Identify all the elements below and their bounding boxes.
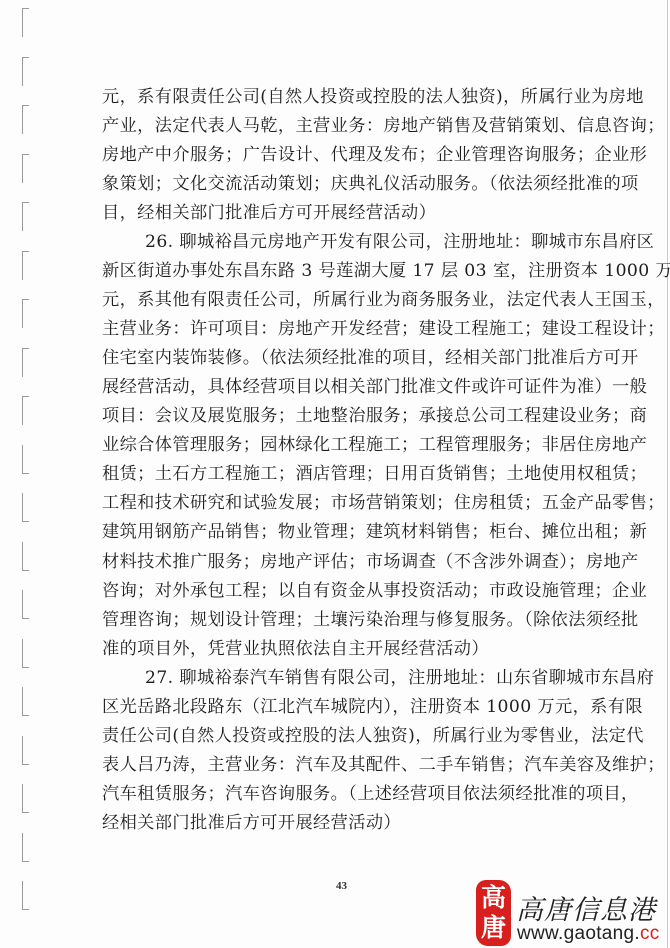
text-line: 租赁；土石方工程施工；酒店管理；日用百货销售；土地使用权租赁； [102, 460, 580, 489]
binding-mark [22, 639, 29, 668]
page-number: 43 [336, 880, 347, 892]
text-line: 材料技术推广服务；房地产评估；市场调查（不含涉外调查）；房地产 [102, 548, 580, 577]
paragraph-item-27: 27. 聊城裕泰汽车销售有限公司，注册地址：山东省聊城市东昌府 区光岳路北段路东… [102, 664, 580, 838]
binding-mark [22, 493, 29, 522]
seal-icon: 高 唐 [476, 880, 511, 946]
binding-mark [22, 396, 29, 425]
binding-mark [22, 154, 29, 183]
text-line: 区光岳路北段路东（江北汽车城院内），注册资本 1000 万元，系有限 [102, 693, 580, 722]
text-line: 业综合体管理服务；园林绿化工程施工；工程管理服务；非居住房地产 [102, 431, 580, 460]
text-line: 元，系其他有限责任公司，所属行业为商务服务业，法定代表人王国玉， [102, 286, 580, 315]
text-line: 工程和技术研究和试验发展；市场营销策划；住房租赁；五金产品零售； [102, 489, 580, 518]
text-line: 26. 聊城裕昌元房地产开发有限公司，注册地址：聊城市东昌府区 [102, 228, 580, 257]
text-line: 准的项目外，凭营业执照依法自主开展经营活动） [102, 635, 580, 664]
text-line: 项目：会议及展览服务；土地整治服务；承接总公司工程建设业务；商 [102, 402, 580, 431]
text-line: 责任公司(自然人投资或控股的法人独资)，所属行业为零售业，法定代 [102, 722, 580, 751]
text-line: 表人吕乃涛，主营业务：汽车及其配件、二手车销售；汽车美容及维护； [102, 751, 580, 780]
binding-mark [22, 202, 29, 231]
text-line: 目，经相关部门批准后方可开展经营活动） [102, 199, 580, 228]
binding-mark [22, 251, 29, 280]
text-line: 元，系有限责任公司(自然人投资或控股的法人独资)，所属行业为房地 [102, 83, 580, 112]
text-line: 产业，法定代表人马乾，主营业务：房地产销售及营销策划、信息咨询； [102, 112, 580, 141]
binding-mark [22, 105, 29, 134]
watermark-logo: 高 唐 高唐信息港 www.gaotang.cc [476, 878, 670, 948]
binding-mark [22, 57, 29, 86]
text-line: 管理咨询；规划设计管理；土壤污染治理与修复服务。（除依法须经批 [102, 606, 580, 635]
binding-mark [22, 590, 29, 619]
seal-char: 高 [481, 883, 506, 913]
binding-mark [22, 542, 29, 571]
binding-mark [22, 687, 29, 716]
text-line: 经相关部门批准后方可开展经营活动） [102, 809, 580, 838]
text-line: 新区街道办事处东昌东路 3 号莲湖大厦 17 层 03 室，注册资本 1000 … [102, 257, 580, 286]
paragraph-item-26: 26. 聊城裕昌元房地产开发有限公司，注册地址：聊城市东昌府区 新区街道办事处东… [102, 228, 580, 663]
page-edge-line [667, 0, 668, 948]
binding-mark [22, 348, 29, 377]
watermark-url-tld: cc [640, 923, 660, 944]
text-line: 建筑用钢筋产品销售；物业管理；建筑材料销售；柜台、摊位出租；新 [102, 518, 580, 547]
binding-mark [22, 736, 29, 765]
text-line: 房地产中介服务；广告设计、代理及发布；企业管理咨询服务；企业形 [102, 141, 580, 170]
text-line: 展经营活动，具体经营项目以相关部门批准文件或许可证件为准）一般 [102, 373, 580, 402]
text-line: 住宅室内装饰装修。（依法须经批准的项目，经相关部门批准后方可开 [102, 344, 580, 373]
watermark-name: 高唐信息港 [516, 888, 656, 927]
watermark-url-main: www.gaotang. [517, 923, 640, 944]
binding-mark [22, 833, 29, 862]
document-body: 元，系有限责任公司(自然人投资或控股的法人独资)，所属行业为房地 产业，法定代表… [102, 83, 580, 838]
binding-mark [22, 784, 29, 813]
binding-mark [22, 881, 29, 910]
text-line: 咨询；对外承包工程；以自有资金从事投资活动；市政设施管理；企业 [102, 577, 580, 606]
text-line: 27. 聊城裕泰汽车销售有限公司，注册地址：山东省聊城市东昌府 [102, 664, 580, 693]
scanned-page: 元，系有限责任公司(自然人投资或控股的法人独资)，所属行业为房地 产业，法定代表… [0, 0, 670, 948]
binding-mark [22, 299, 29, 328]
text-line: 汽车租赁服务；汽车咨询服务。（上述经营项目依法须经批准的项目， [102, 780, 580, 809]
binding-mark [22, 8, 29, 37]
seal-char: 唐 [481, 913, 506, 943]
paragraph-continuation: 元，系有限责任公司(自然人投资或控股的法人独资)，所属行业为房地 产业，法定代表… [102, 83, 580, 228]
text-line: 主营业务：许可项目：房地产开发经营；建设工程施工；建设工程设计； [102, 315, 580, 344]
text-line: 象策划；文化交流活动策划；庆典礼仪活动服务。（依法须经批准的项 [102, 170, 580, 199]
binding-mark [22, 445, 29, 474]
watermark-url: www.gaotang.cc [517, 923, 660, 945]
